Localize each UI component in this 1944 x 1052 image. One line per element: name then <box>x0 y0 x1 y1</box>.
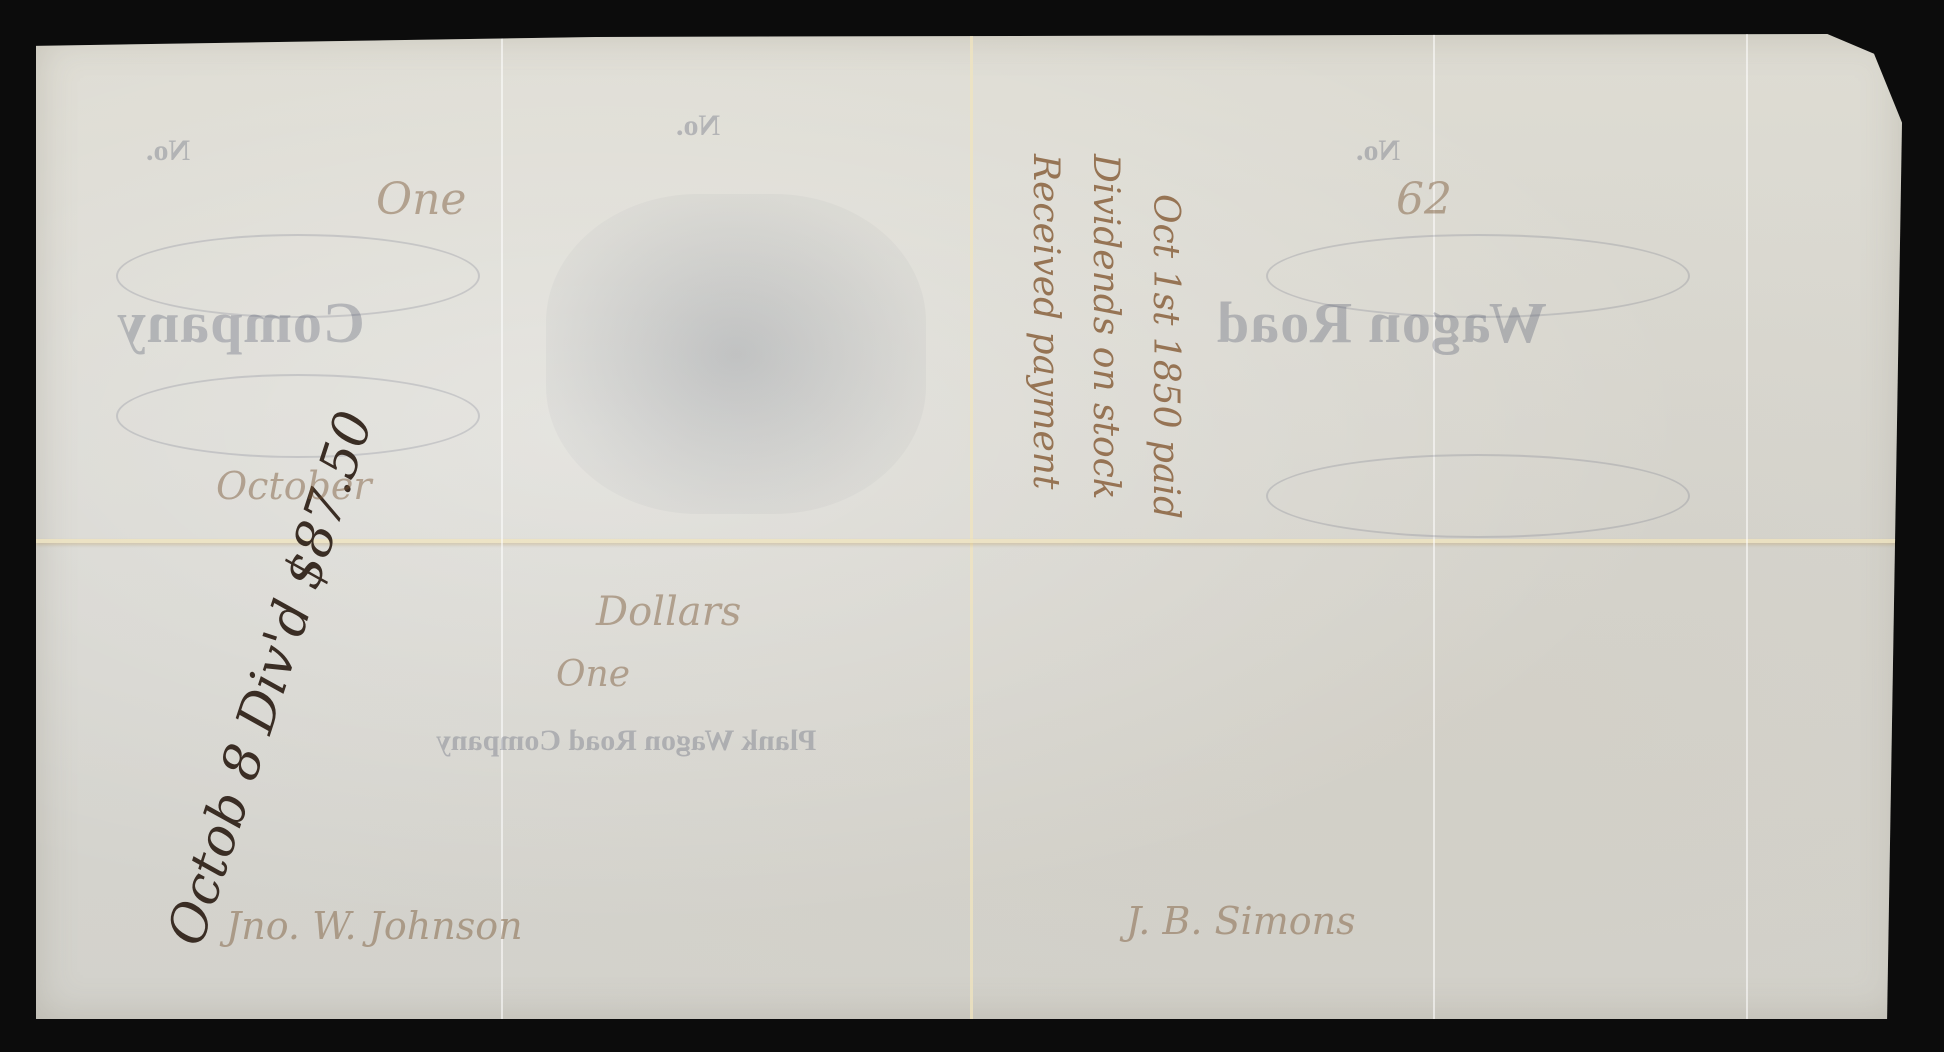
mid-word-2: One <box>556 654 630 695</box>
note-top-left: One <box>376 174 466 225</box>
bleed-top-center: No. <box>676 109 720 143</box>
crease-line <box>1746 34 1748 1019</box>
mid-date: October <box>216 464 372 508</box>
mid-word-1: Dollars <box>596 589 741 635</box>
note-top-right: 62 <box>1396 174 1452 225</box>
column-note-1: Received payment <box>1025 154 1066 489</box>
crease-line <box>501 34 503 1019</box>
bleed-top-right: No. <box>1356 134 1400 168</box>
bleed-top-left: No. <box>146 134 190 168</box>
bleed-company-left: Company <box>116 289 365 356</box>
certificate-paper: No. No. No. Company Wagon Road Plank Wag… <box>36 34 1902 1019</box>
bleed-bottom-line: Plank Wagon Road Company <box>436 724 816 758</box>
bleed-company-right: Wagon Road <box>1216 289 1547 356</box>
flourish-ornament <box>116 374 480 458</box>
engraved-vignette <box>546 194 926 514</box>
signature-left: Jno. W. Johnson <box>226 904 523 948</box>
column-note-2: Dividends on stock <box>1085 154 1126 500</box>
vertical-fold <box>970 34 973 1019</box>
column-note-3: Oct 1st 1850 paid <box>1145 194 1186 519</box>
flourish-ornament <box>1266 454 1690 538</box>
signature-right: J. B. Simons <box>1126 899 1356 943</box>
